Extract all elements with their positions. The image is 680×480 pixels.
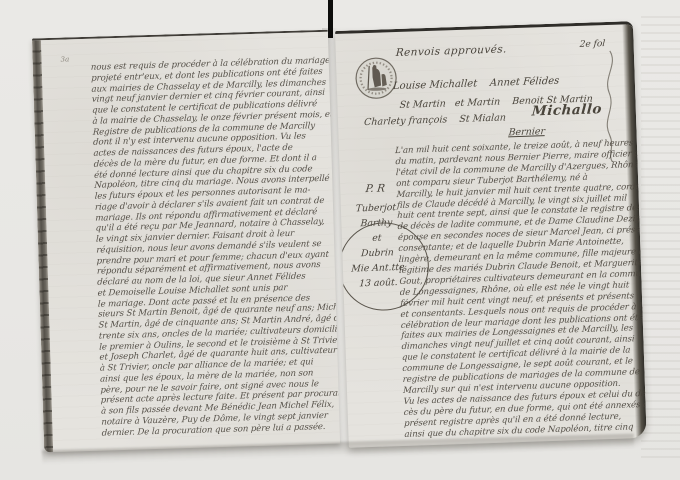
- corner-mark: 3a: [60, 55, 69, 63]
- signature-row: Louise Michallet Annet Félides: [393, 76, 560, 93]
- left-page-rough-edge: [32, 38, 53, 452]
- mayor-paraph: Bernier: [508, 126, 545, 138]
- binding-gap: [328, 0, 333, 38]
- page-stack-edge: [641, 16, 680, 462]
- approval-note: Renvois approuvés.: [395, 43, 507, 59]
- right-page: Renvois approuvés. 2e fol Louise Michall…: [335, 21, 647, 448]
- signature-row: Charlety françois St Mialan: [364, 112, 507, 128]
- left-page: 3a nous est requis de procéder à la célé…: [32, 30, 340, 453]
- right-page-text: L'an mil huit cent soixante, le treize a…: [395, 138, 643, 440]
- imperial-stamp-icon: [354, 56, 398, 100]
- signature-highlight: Michallo: [531, 101, 602, 119]
- scanned-register-spread: 3a nous est requis de procéder à la célé…: [0, 0, 680, 480]
- left-page-text: nous est requis de procéder à la célébra…: [91, 56, 340, 439]
